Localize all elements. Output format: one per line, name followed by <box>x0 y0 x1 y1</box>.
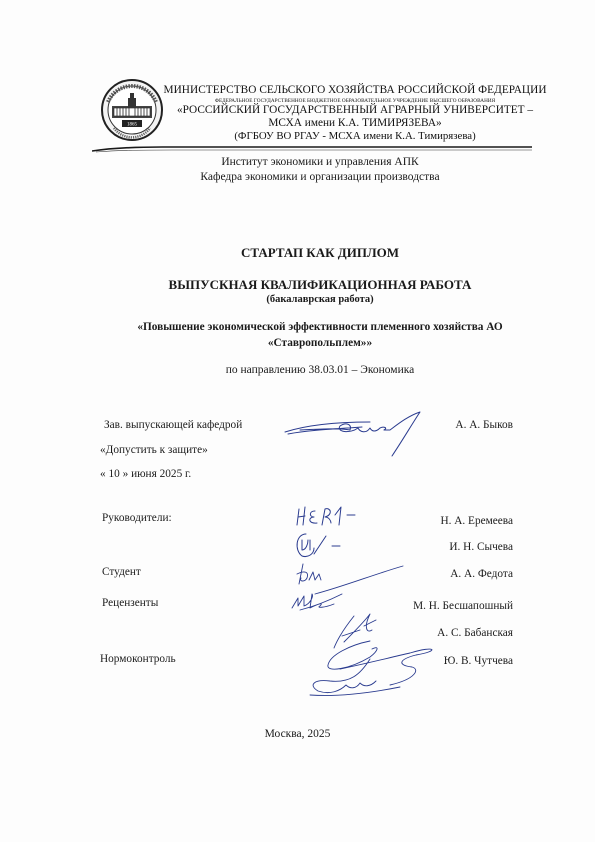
reviewers-label: Рецензенты <box>102 597 158 609</box>
supervisor-name: Н. А. Еремеева <box>410 515 513 527</box>
university-emblem-icon: 1865 <box>100 78 164 142</box>
svg-text:1865: 1865 <box>127 123 138 128</box>
supervisor-name: И. Н. Сычева <box>410 541 513 553</box>
head-signature-icon <box>280 410 425 465</box>
student-label: Студент <box>102 566 141 578</box>
supervisors-label: Руководители: <box>102 512 172 524</box>
normcontrol-label: Нормоконтроль <box>100 653 176 665</box>
approval-date: « 10 » июня 2025 г. <box>100 468 191 480</box>
head-of-department-name: А. А. Быков <box>420 419 513 431</box>
work-type-title: ВЫПУСКНАЯ КВАЛИФИКАЦИОННАЯ РАБОТА <box>0 277 595 293</box>
thesis-topic-line1: «Повышение экономической эффективности п… <box>0 321 595 333</box>
program-title: СТАРТАП КАК ДИПЛОМ <box>0 245 595 261</box>
university-name-line2: МСХА имени К.А. ТИМИРЯЗЕВА» <box>160 117 550 129</box>
city-and-year: Москва, 2025 <box>0 728 595 740</box>
supervisor-1-signature-icon <box>295 503 365 529</box>
department-name: Кафедра экономики и организации производ… <box>0 171 595 183</box>
header-divider <box>92 145 532 153</box>
university-name-line1: «РОССИЙСКИЙ ГОСУДАРСТВЕННЫЙ АГРАРНЫЙ УНИ… <box>160 104 550 116</box>
reviewer-1-signature-icon <box>290 590 345 612</box>
university-abbreviation: (ФГБОУ ВО РГАУ - МСХА имени К.А. Тимиряз… <box>160 130 550 142</box>
study-direction: по направлению 38.03.01 – Экономика <box>0 364 595 376</box>
admit-to-defense-label: «Допустить к защите» <box>100 444 208 456</box>
title-page: 1865 МИНИСТЕРСТВО СЕЛЬСКОГО ХОЗЯЙСТВА РО… <box>0 0 595 842</box>
thesis-topic-line2: «Ставропольплем»» <box>0 337 595 349</box>
ministry-name: МИНИСТЕРСТВО СЕЛЬСКОГО ХОЗЯЙСТВА РОССИЙС… <box>160 84 550 96</box>
normcontrol-signature-icon <box>300 635 440 700</box>
reviewer-name: М. Н. Бесшапошный <box>400 600 513 612</box>
student-name: А. А. Федота <box>410 568 513 580</box>
degree-subtitle: (бакалаврская работа) <box>0 294 595 305</box>
institute-name: Институт экономики и управления АПК <box>0 156 595 168</box>
head-of-department-label: Зав. выпускающей кафедрой <box>104 419 242 431</box>
supervisor-2-signature-icon <box>292 530 352 560</box>
